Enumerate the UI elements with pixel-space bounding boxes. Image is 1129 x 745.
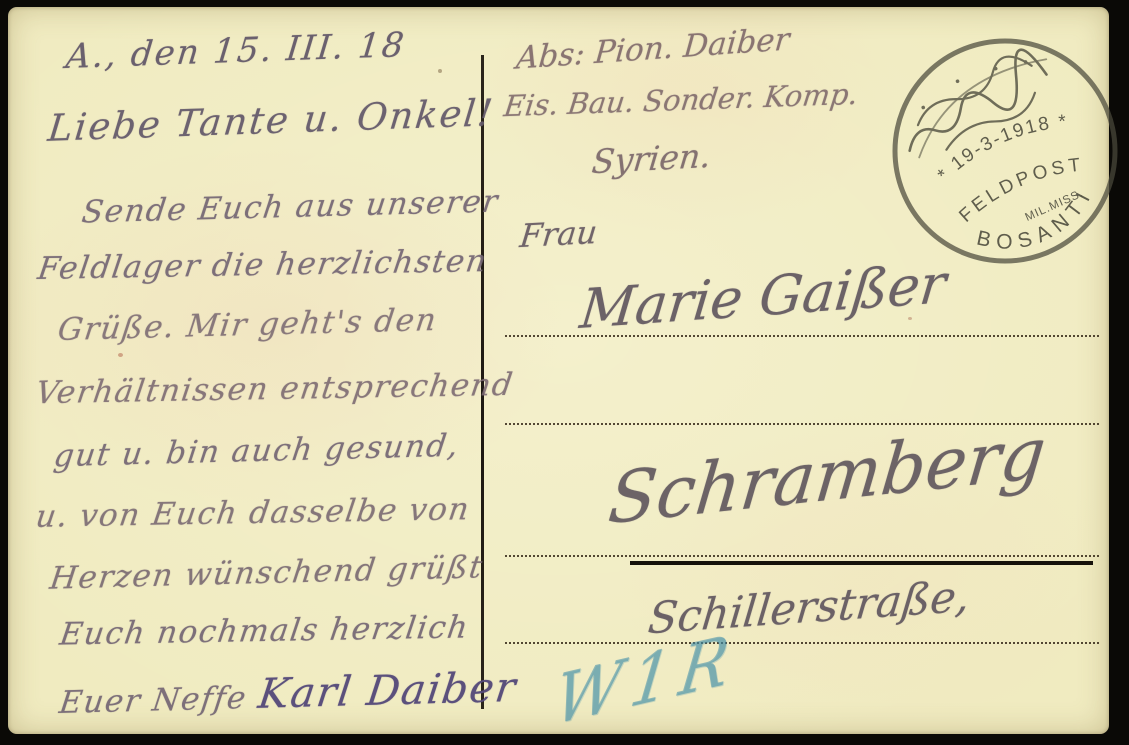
stain-speck bbox=[908, 317, 912, 320]
message-closing-line: Euer Neffe Karl Daiber bbox=[57, 663, 520, 723]
sender-line-1: Abs: Pion. Daiber bbox=[515, 21, 791, 76]
stain-speck bbox=[438, 69, 442, 73]
stain-speck bbox=[118, 353, 123, 357]
address-city: Schramberg bbox=[605, 411, 1050, 540]
address-dotted-line bbox=[505, 555, 1099, 557]
message-line: Verhältnissen entsprechend bbox=[34, 367, 517, 411]
message-line: Feldlager die herzlichsten bbox=[35, 243, 489, 287]
message-salutation: Liebe Tante u. Onkel! bbox=[46, 91, 497, 150]
address-title: Frau bbox=[518, 213, 599, 255]
sender-line-2: Eis. Bau. Sonder. Komp. bbox=[502, 77, 860, 124]
postcard: A., den 15. III. 18 Liebe Tante u. Onkel… bbox=[8, 7, 1109, 734]
message-line: gut u. bin auch gesund, bbox=[52, 428, 462, 475]
message-closing: Euer Neffe bbox=[57, 680, 249, 721]
postcard-scan: A., den 15. III. 18 Liebe Tante u. Onkel… bbox=[0, 0, 1129, 745]
postmark-ring bbox=[895, 41, 1115, 261]
message-line: Grüße. Mir geht's den bbox=[56, 302, 440, 348]
message-line: Herzen wünschend grüßt bbox=[48, 549, 486, 596]
postmark-stamp: * 19-3-1918 * FELDPOST MIL.MISS. BOSANTI bbox=[888, 34, 1122, 268]
message-date: A., den 15. III. 18 bbox=[64, 25, 408, 77]
address-underline bbox=[630, 561, 1093, 565]
message-signature: Karl Daiber bbox=[256, 663, 520, 718]
message-line: u. von Euch dasselbe von bbox=[33, 491, 472, 535]
sender-line-3: Syrien. bbox=[590, 136, 713, 181]
message-line: Sende Euch aus unserer bbox=[80, 183, 501, 230]
address-dotted-line bbox=[505, 642, 1099, 644]
message-line: Euch nochmals herzlich bbox=[57, 609, 471, 652]
